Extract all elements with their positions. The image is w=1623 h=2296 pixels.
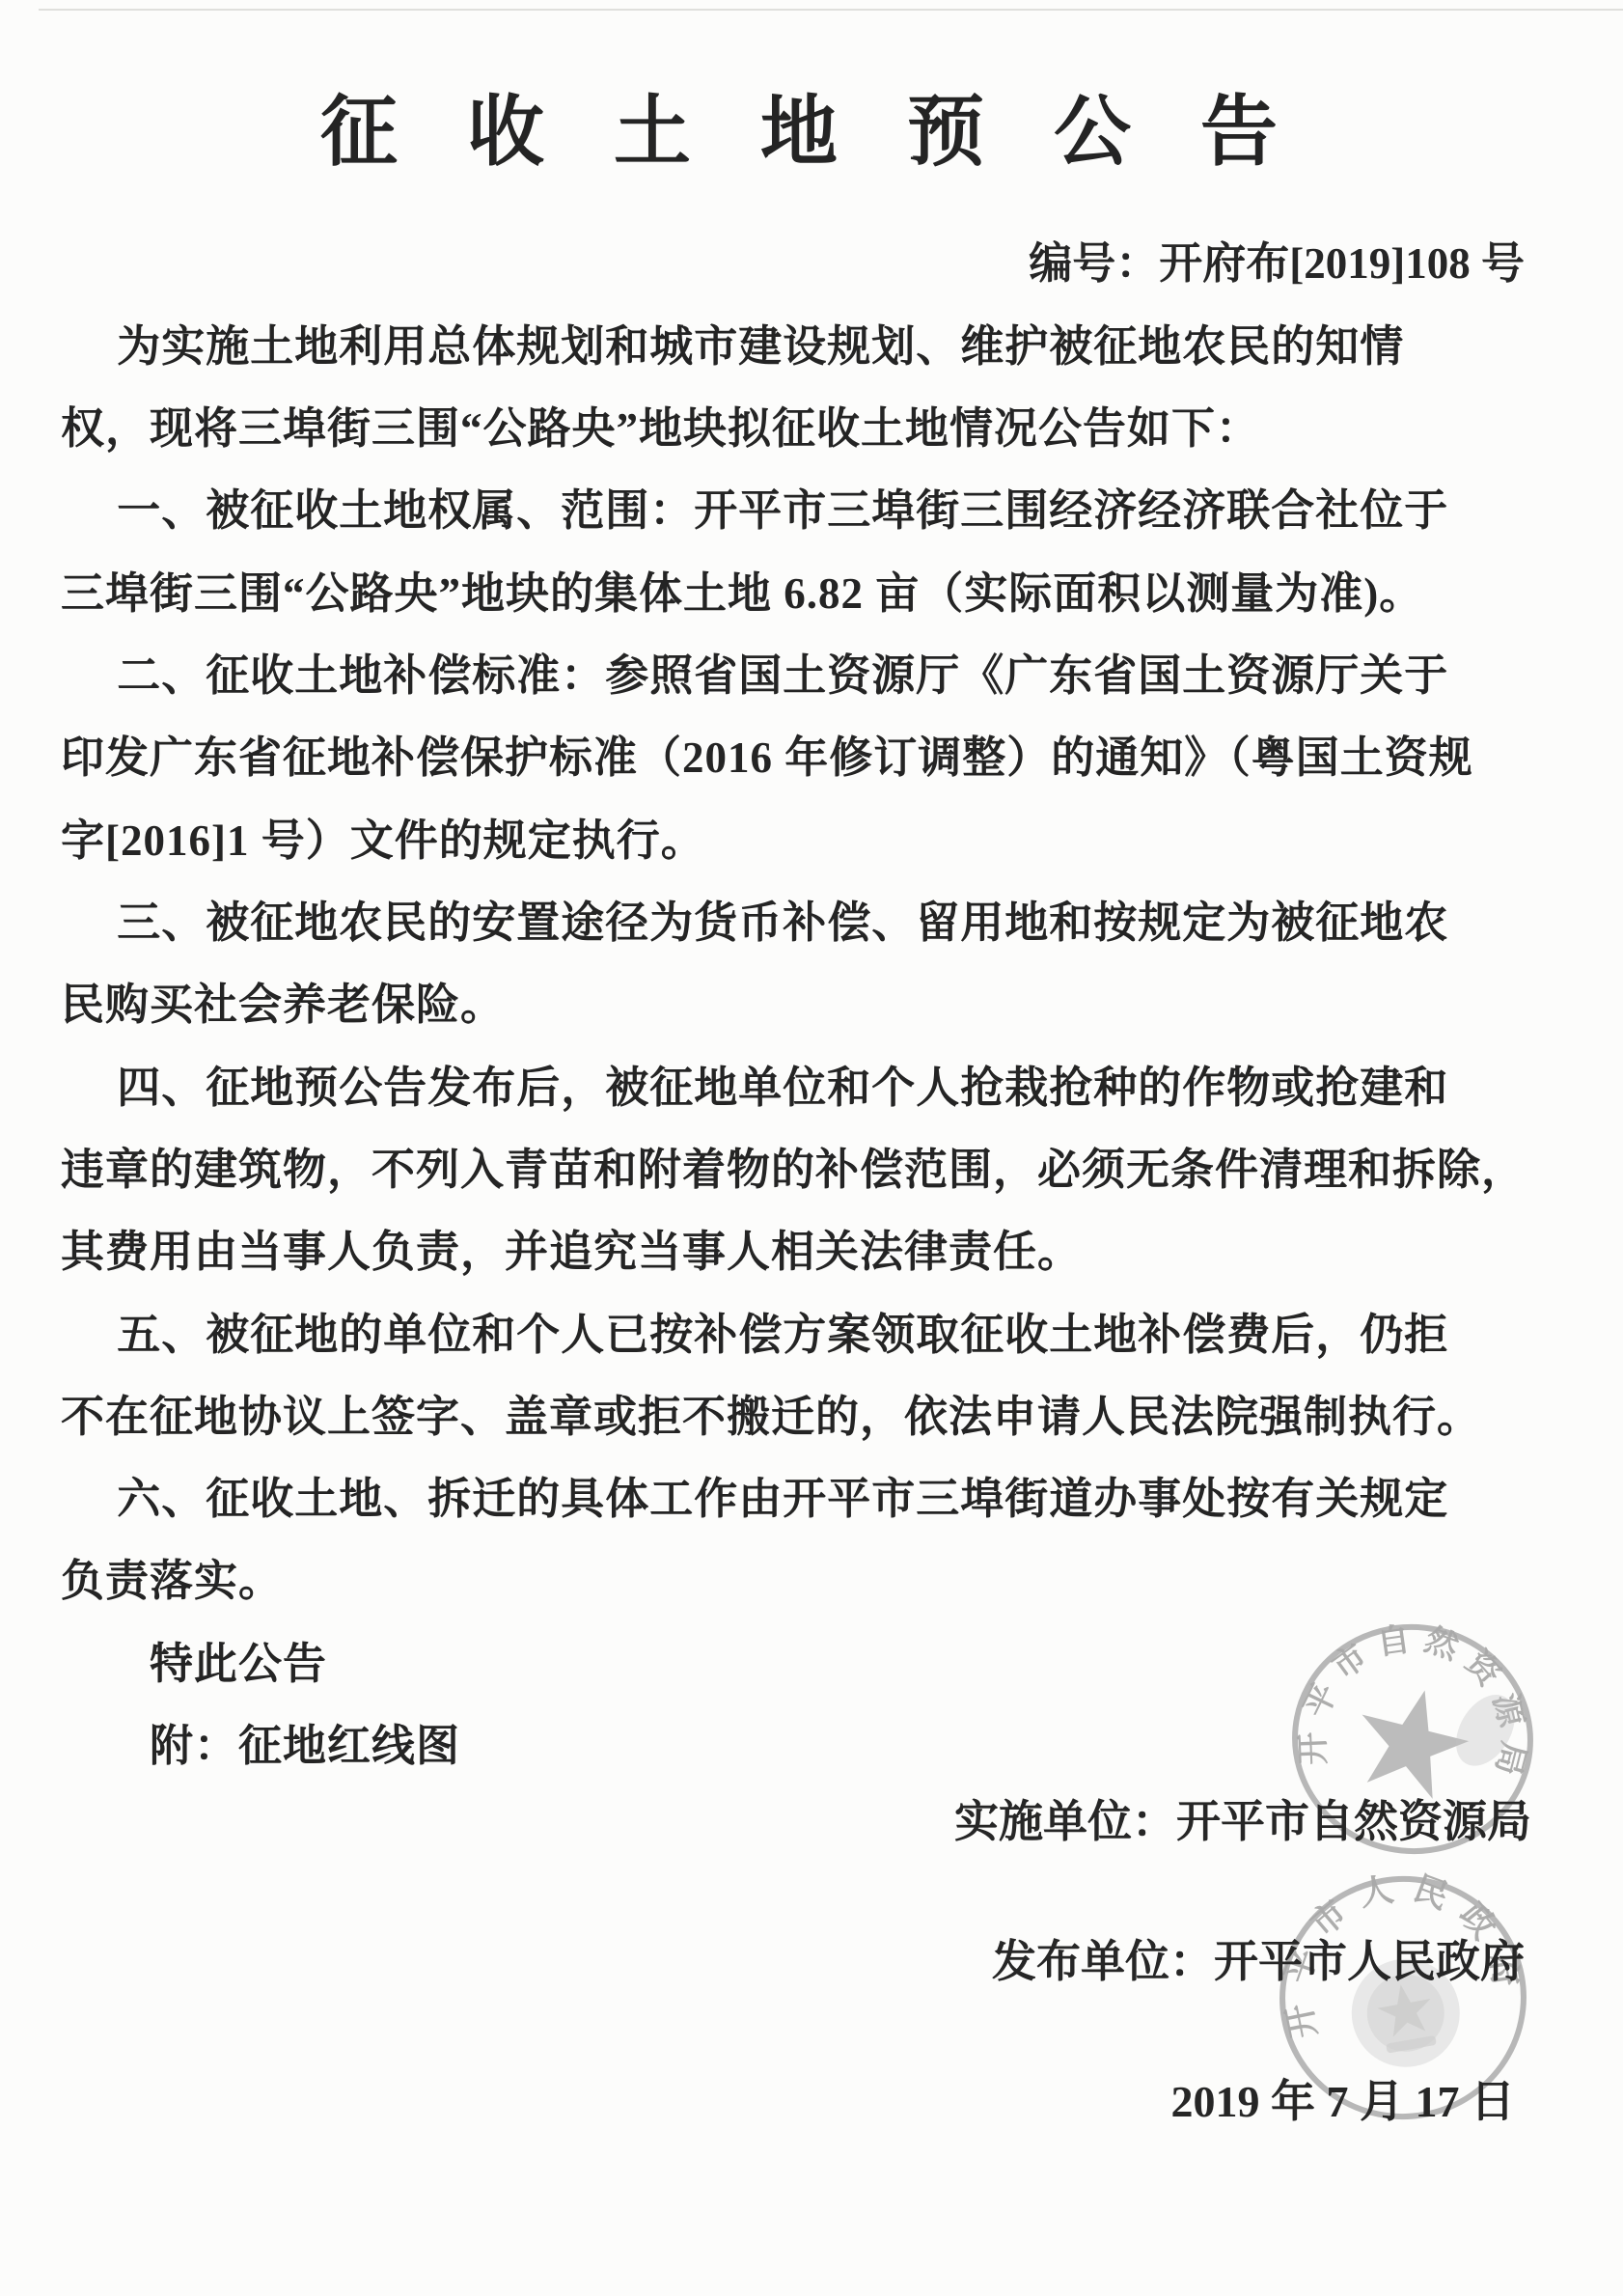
document-line: 为实施土地利用总体规划和城市建设规划、维护被征地农民的知情 [61,311,1404,373]
document-line: 五、被征地的单位和个人已按补偿方案领取征收土地补偿费后，仍拒 [61,1299,1448,1362]
document-line: 二、征收土地补偿标准：参照省国土资源厅《广东省国土资源厅关于 [61,640,1448,703]
document-line: 字[2016]1 号）文件的规定执行。 [61,805,705,868]
document-line: 特此公告 [61,1628,327,1691]
document-line: 三埠街三围“公路央”地块的集体土地 6.82 亩（实际面积以测量为准)。 [61,558,1423,621]
document-line: 负责落实。 [61,1545,283,1608]
document-line: 印发广东省征地补偿保护标准（2016 年修订调整）的通知》（粤国土资规 [61,722,1473,785]
document-line: 权，现将三埠街三围“公路央”地块拟征收土地情况公告如下： [61,393,1260,456]
document-number: 编号：开府布[2019]108 号 [1029,228,1525,290]
document-line: 四、征地预公告发布后，被征地单位和个人抢栽抢种的作物或抢建和 [61,1052,1448,1115]
implementer-signature: 实施单位：开平市自然资源局 [954,1786,1531,1850]
document-line: 其费用由当事人负责，并追究当事人相关法律责任。 [61,1216,1082,1279]
document-line: 六、征收土地、拆迁的具体工作由开平市三埠街道办事处按有关规定 [61,1463,1448,1526]
document-line: 不在征地协议上签字、盖章或拒不搬迁的，依法申请人民法院强制执行。 [61,1381,1481,1444]
document-title: 征 收 土 地 预 公 告 [0,69,1623,180]
issuer-signature: 发布单位：开平市人民政府 [992,1926,1525,1990]
document-line: 附：征地红线图 [61,1710,460,1773]
document-date: 2019 年 7 月 17 日 [1171,2066,1516,2130]
document-line: 民购买社会养老保险。 [61,969,505,1032]
scan-artifact-line [39,9,1623,11]
document-line: 一、被征收土地权属、范围：开平市三埠街三围经济经济联合社位于 [61,475,1448,538]
announcement-document: 征 收 土 地 预 公 告 编号：开府布[2019]108 号 为实施土地利用总… [0,0,1623,2296]
document-line: 三、被征地农民的安置途径为货币补偿、留用地和按规定为被征地农 [61,887,1448,950]
document-line: 违章的建筑物，不列入青苗和附着物的补偿范围，必须无条件清理和拆除， [61,1134,1526,1197]
